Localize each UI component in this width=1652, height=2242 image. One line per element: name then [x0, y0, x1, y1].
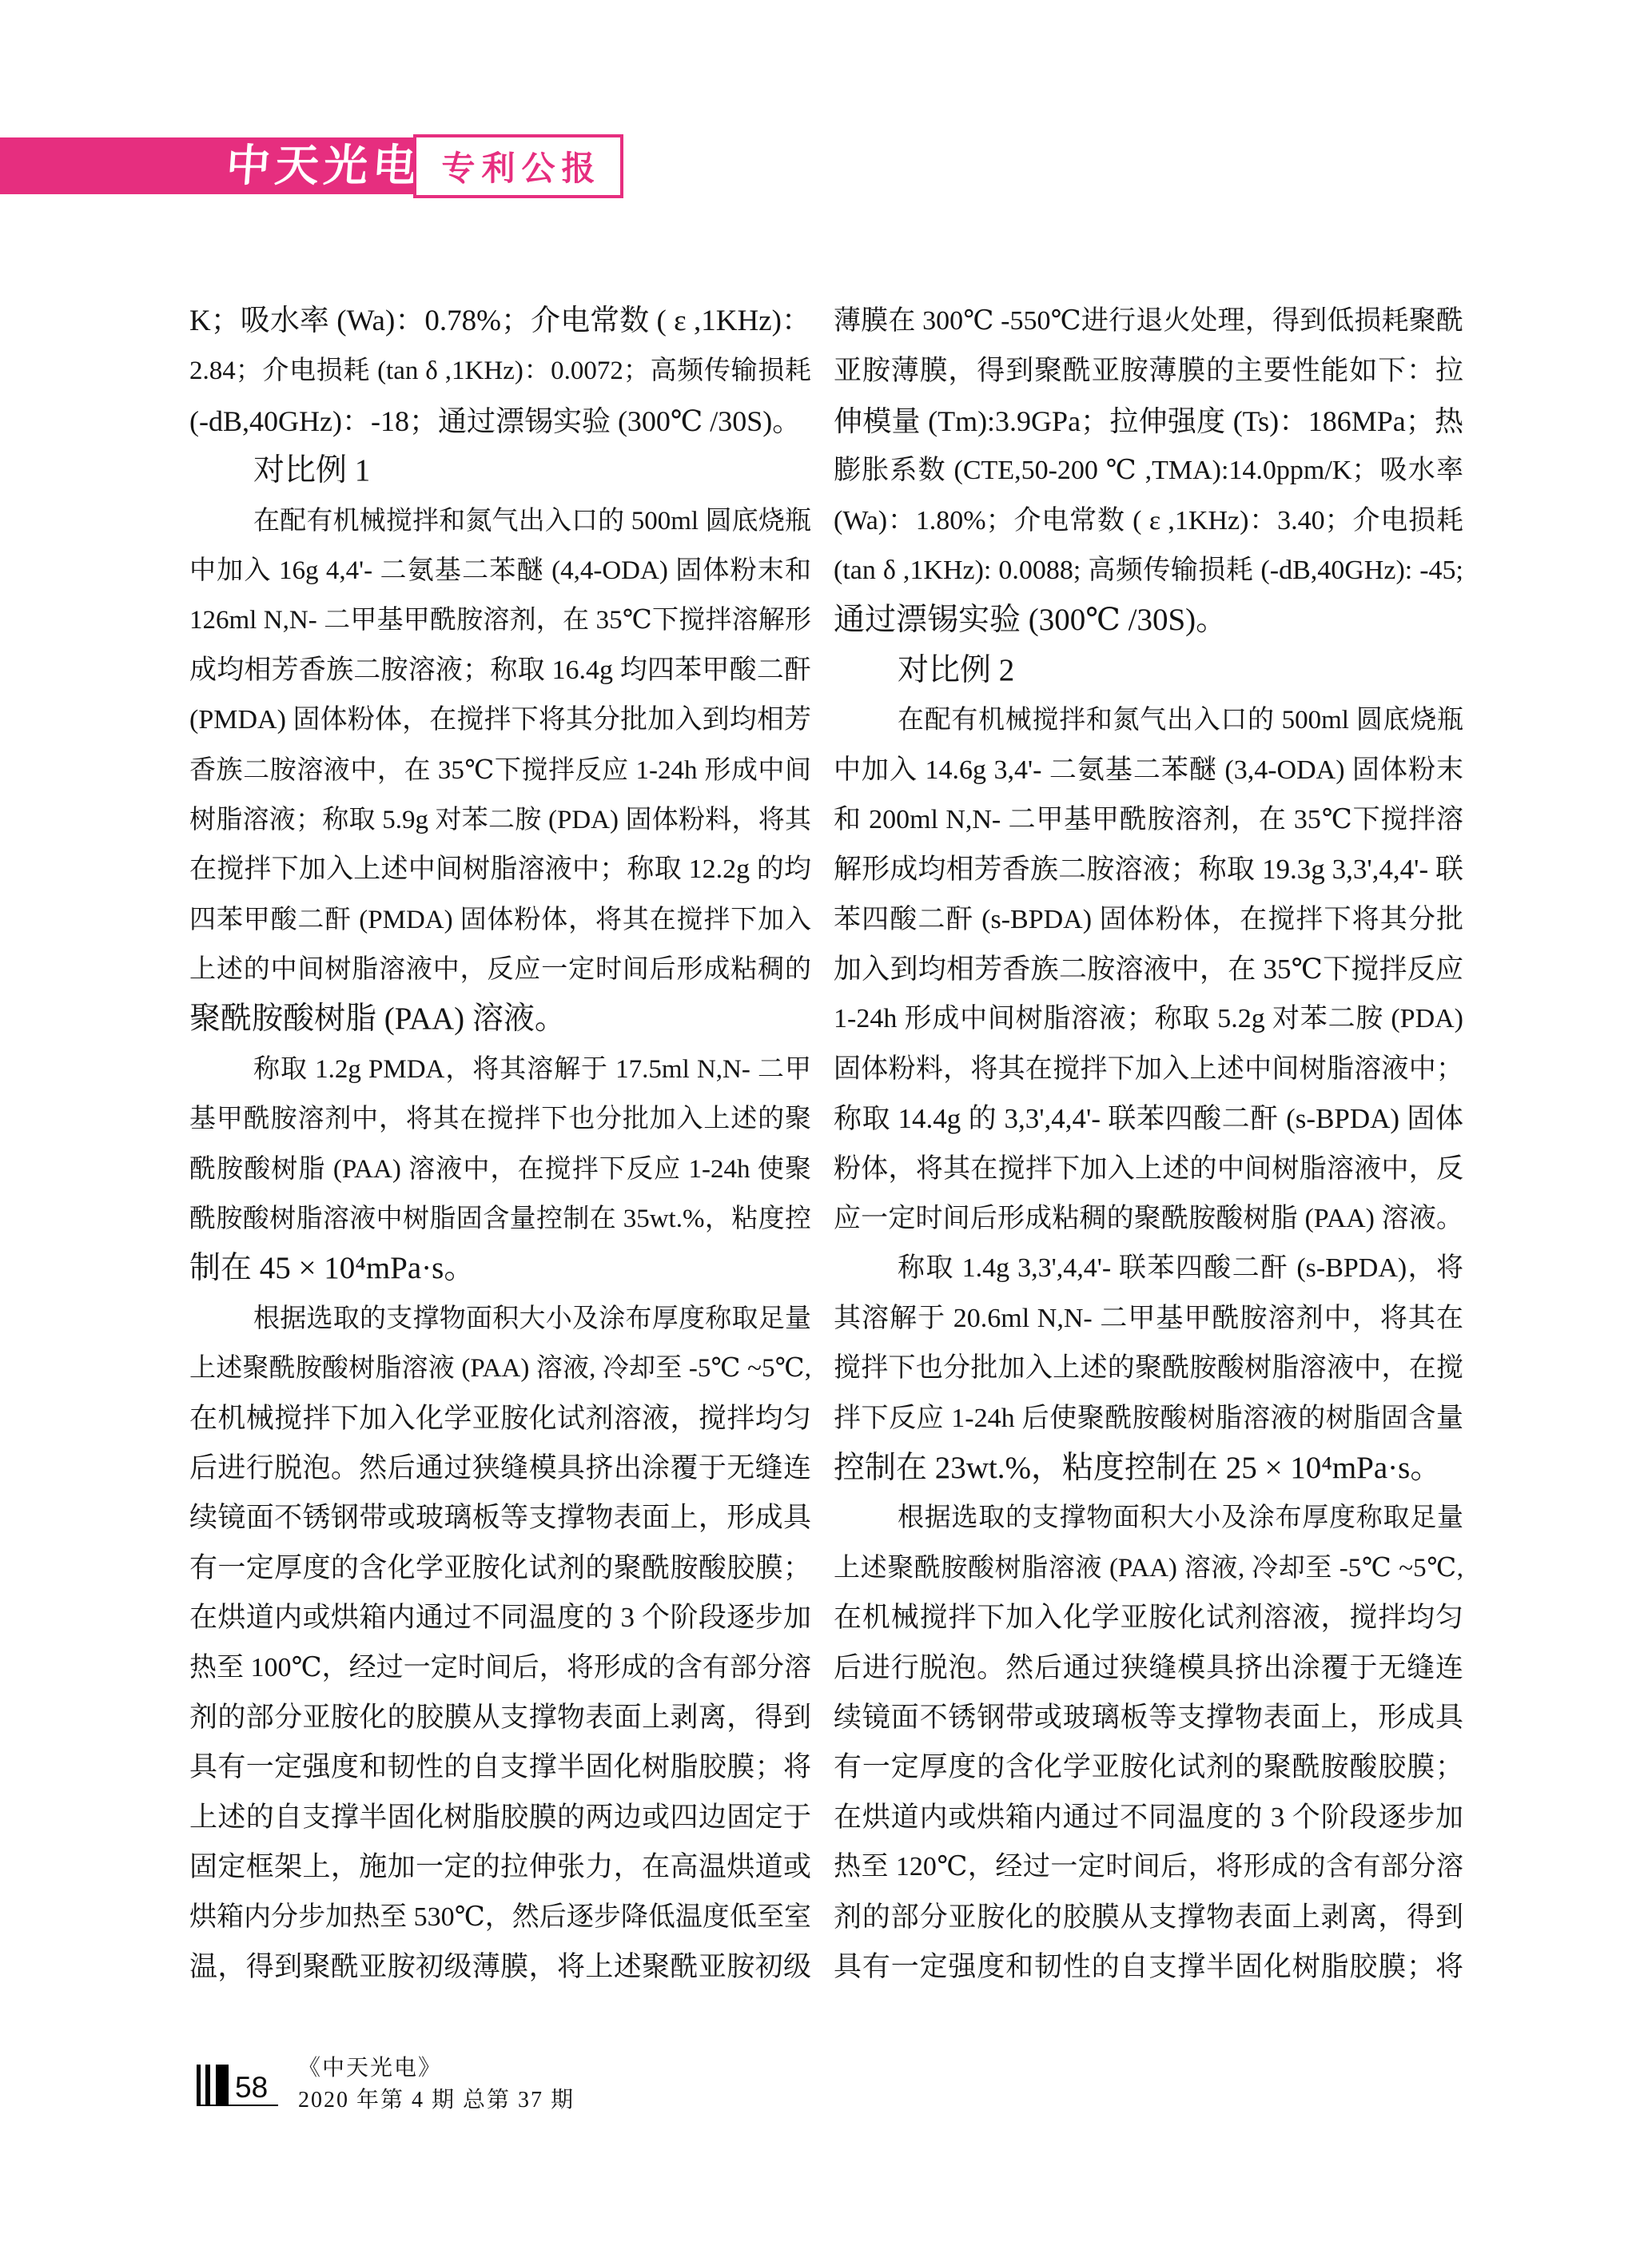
text-line: 四苯甲酸二酐 (PMDA) 固体粉体，将其在搅拌下加入	[189, 895, 811, 945]
text-line: 上述聚酰胺酸树脂溶液 (PAA) 溶液, 冷却至 -5℃ ~5℃,	[834, 1543, 1463, 1593]
text-line: 上述的中间树脂溶液中，反应一定时间后形成粘稠的	[189, 945, 811, 994]
footer-journal-block: 《中天光电》 2020 年第 4 期 总第 37 期	[298, 2053, 858, 2117]
text-line: 后进行脱泡。然后通过狭缝模具挤出涂覆于无缝连	[189, 1444, 811, 1493]
left-column: K；吸水率 (Wa)：0.78%；介电常数 ( ε ,1KHz)：2.84；介电…	[189, 297, 811, 1992]
text-line: 有一定厚度的含化学亚胺化试剂的聚酰胺酸胶膜；	[189, 1543, 811, 1593]
text-line: 薄膜在 300℃ -550℃进行退火处理，得到低损耗聚酰	[834, 297, 1463, 346]
text-line: 1-24h 形成中间树脂溶液；称取 5.2g 对苯二胺 (PDA)	[834, 994, 1463, 1044]
text-line: 剂的部分亚胺化的胶膜从支撑物表面上剥离，得到	[189, 1693, 811, 1742]
text-line: 后进行脱泡。然后通过狭缝模具挤出涂覆于无缝连	[834, 1643, 1463, 1693]
text-line: 具有一定强度和韧性的自支撑半固化树脂胶膜；将	[834, 1942, 1463, 1992]
text-line: 基甲酰胺溶剂中，将其在搅拌下也分批加入上述的聚	[189, 1094, 811, 1144]
text-line: 具有一定强度和韧性的自支撑半固化树脂胶膜；将	[189, 1742, 811, 1792]
text-line: 热至 120℃，经过一定时间后，将形成的含有部分溶	[834, 1842, 1463, 1892]
patent-gazette-badge: 专利公报	[413, 134, 623, 198]
text-line: 续镜面不锈钢带或玻璃板等支撑物表面上，形成具	[834, 1693, 1463, 1742]
text-line: 解形成均相芳香族二胺溶液；称取 19.3g 3,3',4,4'- 联	[834, 845, 1463, 894]
text-line: 成均相芳香族二胺溶液；称取 16.4g 均四苯甲酸二酐	[189, 646, 811, 695]
text-line: 搅拌下也分批加入上述的聚酰胺酸树脂溶液中，在搅	[834, 1344, 1463, 1393]
text-line: 根据选取的支撑物面积大小及涂布厚度称取足量	[189, 1294, 811, 1344]
text-line: 在烘道内或烘箱内通过不同温度的 3 个阶段逐步加	[189, 1593, 811, 1643]
text-line: 根据选取的支撑物面积大小及涂布厚度称取足量	[834, 1493, 1463, 1543]
text-line: 制在 45 × 10⁴mPa·s。	[189, 1244, 811, 1293]
text-line: 香族二胺溶液中，在 35℃下搅拌反应 1-24h 形成中间	[189, 746, 811, 795]
text-line: 通过漂锡实验 (300℃ /30S)。	[834, 595, 1463, 645]
text-line: 烘箱内分步加热至 530℃，然后逐步降低温度低至室	[189, 1893, 811, 1942]
text-line: 中加入 16g 4,4'- 二氨基二苯醚 (4,4-ODA) 固体粉末和	[189, 546, 811, 595]
text-line: 应一定时间后形成粘稠的聚酰胺酸树脂 (PAA) 溶液。	[834, 1194, 1463, 1244]
text-line: 树脂溶液；称取 5.9g 对苯二胺 (PDA) 固体粉料，将其	[189, 795, 811, 845]
text-line: 温，得到聚酰亚胺初级薄膜，将上述聚酰亚胺初级	[189, 1942, 811, 1992]
text-line: 上述聚酰胺酸树脂溶液 (PAA) 溶液, 冷却至 -5℃ ~5℃,	[189, 1344, 811, 1393]
text-line: 热至 100℃，经过一定时间后，将形成的含有部分溶	[189, 1643, 811, 1693]
text-line: 称取 1.2g PMDA，将其溶解于 17.5ml N,N- 二甲	[189, 1045, 811, 1094]
text-line: 中加入 14.6g 3,4'- 二氨基二苯醚 (3,4-ODA) 固体粉末	[834, 746, 1463, 795]
page-number: 58	[235, 2072, 268, 2104]
text-line: 上述的自支撑半固化树脂胶膜的两边或四边固定于	[189, 1793, 811, 1842]
text-line: 在搅拌下加入上述中间树脂溶液中；称取 12.2g 的均	[189, 845, 811, 894]
text-line: 在烘道内或烘箱内通过不同温度的 3 个阶段逐步加	[834, 1793, 1463, 1842]
text-line: 在配有机械搅拌和氮气出入口的 500ml 圆底烧瓶	[189, 496, 811, 546]
text-line: 在机械搅拌下加入化学亚胺化试剂溶液，搅拌均匀	[189, 1394, 811, 1444]
text-line: 固体粉料，将其在搅拌下加入上述中间树脂溶液中；	[834, 1045, 1463, 1094]
text-line: 膨胀系数 (CTE,50-200 ℃ ,TMA):14.0ppm/K；吸水率	[834, 446, 1463, 496]
text-line: 拌下反应 1-24h 后使聚酰胺酸树脂溶液的树脂固含量	[834, 1394, 1463, 1444]
text-line: 酰胺酸树脂溶液中树脂固含量控制在 35wt.%，粘度控	[189, 1194, 811, 1244]
text-line: 伸模量 (Tm):3.9GPa；拉伸强度 (Ts)：186MPa；热	[834, 396, 1463, 446]
text-line: 有一定厚度的含化学亚胺化试剂的聚酰胺酸胶膜；	[834, 1742, 1463, 1792]
text-line: (PMDA) 固体粉体，在搅拌下将其分批加入到均相芳	[189, 695, 811, 745]
text-line: 在配有机械搅拌和氮气出入口的 500ml 圆底烧瓶	[834, 695, 1463, 745]
text-line: 加入到均相芳香族二胺溶液中，在 35℃下搅拌反应	[834, 945, 1463, 994]
right-column: 薄膜在 300℃ -550℃进行退火处理，得到低损耗聚酰亚胺薄膜，得到聚酰亚胺薄…	[834, 297, 1463, 1992]
patent-gazette-page: { "theme": { "accent": "#e62e7f", "text_…	[0, 0, 1652, 2242]
text-line: 酰胺酸树脂 (PAA) 溶液中，在搅拌下反应 1-24h 使聚	[189, 1145, 811, 1194]
text-line: 126ml N,N- 二甲基甲酰胺溶剂，在 35℃下搅拌溶解形	[189, 595, 811, 645]
text-line: (tan δ ,1KHz): 0.0088; 高频传输损耗 (-dB,40GHz…	[834, 546, 1463, 595]
text-line: 苯四酸二酐 (s-BPDA) 固体粉体，在搅拌下将其分批	[834, 895, 1463, 945]
text-line: (-dB,40GHz)：-18；通过漂锡实验 (300℃ /30S)。	[189, 396, 811, 446]
footer-rule	[197, 2105, 278, 2106]
text-line: 聚酰胺酸树脂 (PAA) 溶液。	[189, 994, 811, 1044]
brand-logo: 中天光电	[225, 141, 388, 192]
text-line: 其溶解于 20.6ml N,N- 二甲基甲酰胺溶剂中，将其在	[834, 1294, 1463, 1344]
text-line: 称取 1.4g 3,3',4,4'- 联苯四酸二酐 (s-BPDA)，将	[834, 1244, 1463, 1293]
text-line: (Wa)：1.80%；介电常数 ( ε ,1KHz)：3.40；介电损耗	[834, 496, 1463, 546]
text-line: K；吸水率 (Wa)：0.78%；介电常数 ( ε ,1KHz)：	[189, 297, 811, 346]
text-line: 在机械搅拌下加入化学亚胺化试剂溶液，搅拌均匀	[834, 1593, 1463, 1643]
text-line: 和 200ml N,N- 二甲基甲酰胺溶剂，在 35℃下搅拌溶	[834, 795, 1463, 845]
text-line: 固定框架上，施加一定的拉伸张力，在高温烘道或	[189, 1842, 811, 1892]
text-line: 2.84；介电损耗 (tan δ ,1KHz)：0.0072；高频传输损耗	[189, 346, 811, 396]
text-line: 控制在 23wt.%，粘度控制在 25 × 10⁴mPa·s。	[834, 1444, 1463, 1493]
issue-line: 2020 年第 4 期 总第 37 期	[298, 2085, 858, 2117]
text-line: 称取 14.4g 的 3,3',4,4'- 联苯四酸二酐 (s-BPDA) 固体	[834, 1094, 1463, 1144]
text-line: 剂的部分亚胺化的胶膜从支撑物表面上剥离，得到	[834, 1893, 1463, 1942]
text-line: 亚胺薄膜，得到聚酰亚胺薄膜的主要性能如下：拉	[834, 346, 1463, 396]
text-line: 对比例 2	[834, 646, 1463, 695]
text-line: 对比例 1	[189, 446, 811, 496]
text-line: 粉体，将其在搅拌下加入上述的中间树脂溶液中，反	[834, 1145, 1463, 1194]
patent-gazette-badge-label: 专利公报	[435, 142, 601, 190]
journal-name: 《中天光电》	[298, 2053, 858, 2085]
text-line: 续镜面不锈钢带或玻璃板等支撑物表面上，形成具	[189, 1493, 811, 1543]
